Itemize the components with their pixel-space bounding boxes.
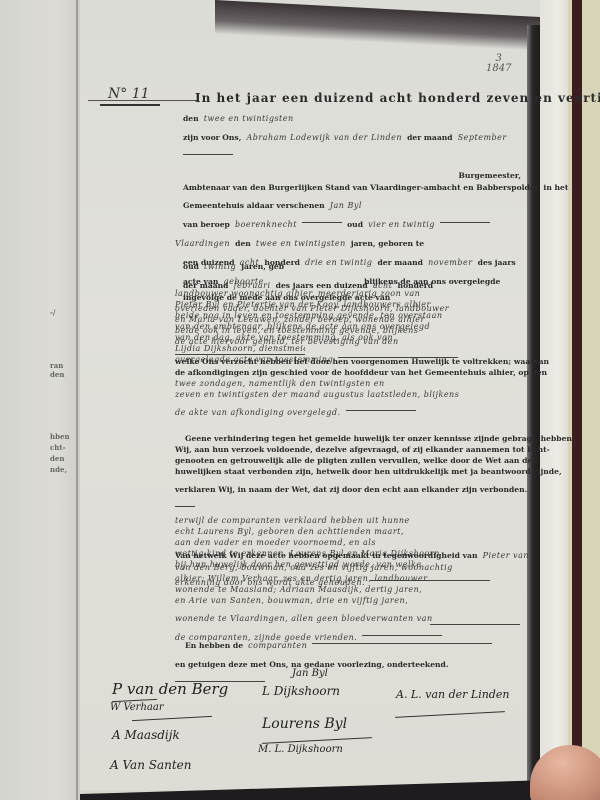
line-official: zijn voor Ons, Abraham Lodewijk van der … (183, 125, 535, 163)
page-stack (540, 0, 570, 790)
line-beroep: van beroep boerenknecht oud vier en twin… (183, 212, 535, 231)
page-number-sub: 1847 (486, 64, 511, 74)
handwritten-line: twee zondagen, namentlijk den twintigste… (175, 378, 535, 389)
label-ingevolge: ingevolge de mede aan ons overgelegde ac… (183, 292, 535, 303)
handwritten-month: September (458, 133, 507, 142)
handwritten-line: de akte van afkondiging overgelegd. (175, 408, 341, 417)
line-banns-end: de akte van afkondiging overgelegd. (175, 400, 535, 419)
closing-paragraph: En hebben de comparanten en getuigen dez… (175, 624, 535, 690)
label-den: den (183, 114, 199, 123)
handwritten-line: alhier; Willem Verhaar, zes en dertig ja… (175, 573, 535, 584)
handwritten-line: terwijl de comparanten verklaard hebben … (175, 515, 535, 526)
declaration-line: Geene verhindering tegen het gemelde huw… (185, 433, 535, 444)
handwritten-line: beide ook in leven, en toestemming geven… (175, 325, 535, 336)
label-zijn-voor-ons: zijn voor Ons, (183, 133, 241, 142)
label-ambtenaar: Ambtenaar van den Burgerlijken Stand van… (183, 182, 535, 193)
label-der-maand: der maand (183, 281, 229, 290)
line-date: den twee en twintigsten (183, 106, 535, 125)
line-van-hetwelk: Van hetwelk Wij deze acte hebben opgemaa… (175, 543, 535, 562)
label-gemeentehuis: Gemeentehuis aldaar verschenen (183, 201, 325, 210)
signature: Jan Byl (292, 668, 328, 679)
handwritten-line: van den Berg, bouwman, oud zes en vijfti… (175, 562, 535, 573)
line-burgemeester: Burgemeester, (183, 163, 535, 182)
label-afkondigingen: de afkondigingen zijn geschied voor de h… (175, 367, 535, 378)
declaration-line: Wij, aan hun verzoek voldoende, dezelve … (175, 444, 535, 455)
margin-fragment: den (50, 370, 64, 380)
signature: W Verhaar (110, 702, 164, 713)
line-bride-month: der maand februari des jaars een duizend… (183, 273, 535, 292)
line-declaration-end: verklaren Wij, in naam der Wet, dat zij … (175, 477, 535, 515)
label-der-maand: der maand (407, 133, 453, 142)
signature: A Van Santen (110, 758, 192, 772)
signature: M. L. Dijkshoorn (258, 744, 343, 755)
label-den: den (235, 239, 251, 248)
label-van-beroep: van beroep (183, 220, 230, 229)
line-birthplace: Vlaardingen den twee en twintigsten jare… (175, 231, 535, 250)
line-getuigen: en getuigen deze met Ons, na gedane voor… (175, 652, 535, 690)
handwritten-line: overleden vader, dochter van Pieter Dijk… (175, 303, 535, 314)
declaration-line: genooten en getrouwelijk alle de pligten… (175, 455, 535, 466)
act-number-underline (100, 104, 160, 106)
fill-rule (312, 643, 492, 644)
margin-fragment: cht- (50, 443, 66, 453)
handwritten-birthplace: Vlaardingen (175, 239, 230, 248)
handwritten-line: en Maria van Leeuwen, zonder beroep, won… (175, 314, 535, 325)
line-gemeentehuis: Gemeentehuis aldaar verschenen Jan Byl (183, 193, 535, 212)
facing-left-page: -/ ran den hben cht- den nde, (0, 0, 80, 800)
margin-fragment: den (50, 454, 64, 464)
handwritten-groom-name: Jan Byl (330, 201, 362, 210)
margin-fragment: hben (50, 432, 70, 442)
book-cover-edge (572, 0, 582, 800)
book-gutter (76, 0, 78, 800)
declaration-line: verklaren Wij, in naam der Wet, dat zij … (175, 485, 527, 494)
fill-rule (440, 222, 490, 223)
handwritten-day: twee en twintigsten (204, 114, 294, 123)
handwritten-bride-age: twintig (204, 262, 236, 271)
handwritten-line: echt Laurens Byl, geboren den achttiende… (175, 526, 535, 537)
handwritten-comparanten: comparanten (248, 641, 307, 650)
label-honderd: honderd (398, 281, 434, 290)
label-des-jaars: des jaars een duizend (276, 281, 368, 290)
label-burgemeester: Burgemeester, (459, 171, 522, 180)
handwritten-official: Abraham Lodewijk van der Linden (246, 133, 402, 142)
label-oud: oud (347, 220, 363, 229)
handwritten-witness: Pieter van (483, 551, 529, 560)
handwritten-bride-month: februari (234, 281, 271, 290)
fill-rule (175, 506, 195, 507)
banns-paragraph: welke Ons verzocht hebben het door hen v… (175, 356, 535, 419)
fill-rule (302, 222, 342, 223)
signature: P van den Berg (112, 680, 228, 698)
fill-rule (430, 624, 520, 625)
margin-fragment: nde, (50, 465, 67, 475)
bride-paragraph: oud twintig jaren, geb der maand februar… (175, 254, 535, 366)
handwritten-line: zeven en twintigsten der maand augustus … (175, 389, 535, 400)
margin-fragment: -/ (50, 308, 55, 318)
handwritten-line: wonende te Vlaardingen, allen geen bloed… (175, 614, 433, 623)
label-van-hetwelk: Van hetwelk Wij deze acte hebben opgemaa… (175, 551, 477, 560)
signature: L Dijkshoorn (262, 684, 340, 698)
declaration-line: huwelijken staat verbonden zijn, hetwelk… (175, 466, 535, 477)
signature: A Maasdijk (112, 728, 180, 742)
label-welke: welke Ons verzocht hebben het door hen v… (175, 356, 535, 367)
signature: Lourens Byl (262, 716, 347, 732)
handwritten-line: de acte hiervoor gemeld, ter bevestiging… (175, 336, 535, 347)
handwritten-occupation: boerenknecht (235, 220, 297, 229)
line-en-hebben: En hebben de comparanten (185, 633, 535, 652)
page-number: 3 1847 (486, 54, 511, 74)
line-witness-5: wonende te Vlaardingen, allen geen bloed… (175, 606, 535, 625)
opening-lead: In het jaar een duizend acht honderd zev… (195, 90, 535, 106)
handwritten-line: en Arie van Santen, bouwman, drie en vij… (175, 595, 535, 606)
fill-rule (183, 154, 233, 155)
label-jaren-geboren: jaren, geboren te (351, 239, 424, 248)
handwritten-age: vier en twintig (368, 220, 435, 229)
label-oud: oud (183, 262, 199, 271)
handwritten-birthday: twee en twintigsten (256, 239, 346, 248)
line-bride-age: oud twintig jaren, geb (183, 254, 535, 273)
handwritten-acht: acht (373, 281, 393, 290)
label-jaren-geboren: jaren, geb (241, 262, 284, 271)
handwritten-line: wonende te Maasland; Adriaan Maasdijk, d… (175, 584, 535, 595)
label-en-hebben: En hebben de (185, 641, 243, 650)
signature: A. L. van der Linden (396, 688, 509, 701)
fill-rule (346, 410, 416, 411)
